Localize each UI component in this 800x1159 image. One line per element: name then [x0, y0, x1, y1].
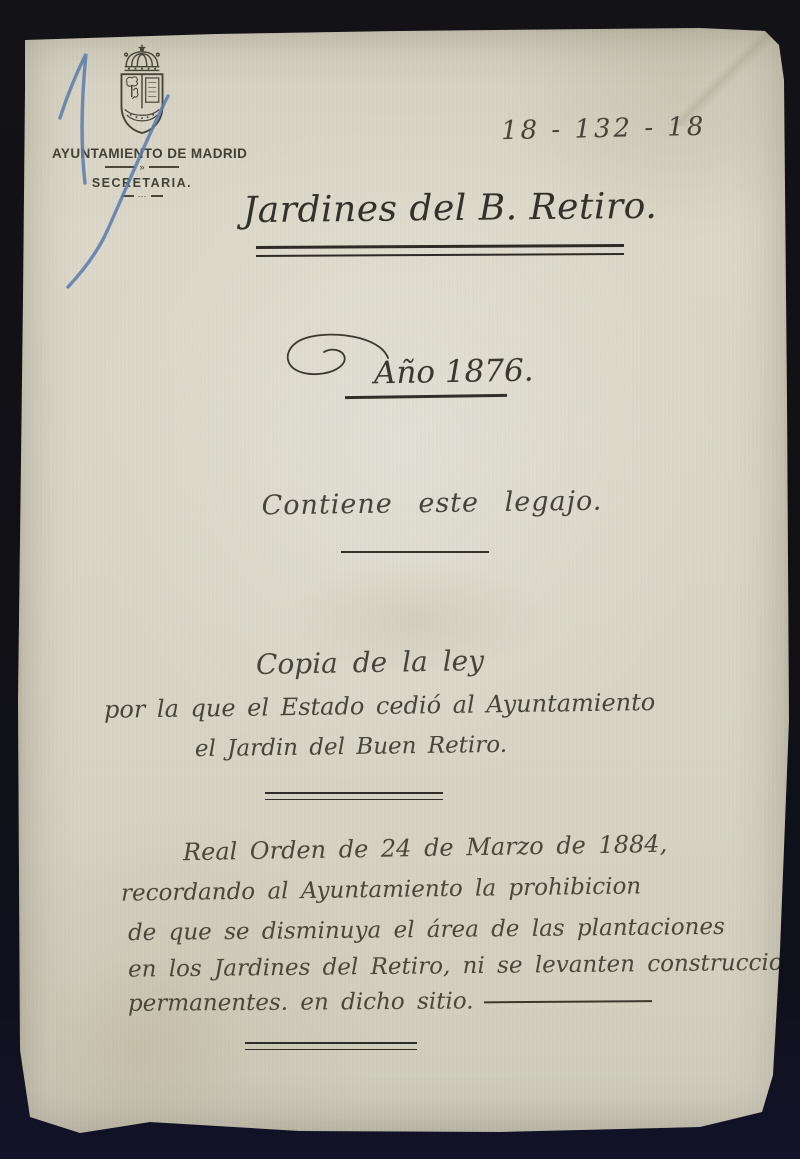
royal-order-line: de que se disminuya el área de las plant… [128, 914, 725, 946]
contents-heading: Contiene este legajo. [246, 485, 618, 521]
law-copy-line: por la que el Estado cedió al Ayuntamien… [104, 688, 644, 724]
end-divider [245, 1042, 417, 1050]
royal-order-line-text: permanentes. en dicho sitio. [128, 988, 474, 1016]
royal-order-line: Real Orden de 24 de Marzo de 1884, [183, 830, 668, 866]
section-divider [265, 792, 443, 800]
document-title: Jardines del B. Retiro. [230, 186, 670, 232]
law-copy-line: el Jardin del Buen Retiro. [151, 731, 551, 763]
closing-rule [484, 1000, 652, 1003]
blue-pencil-index-mark [46, 39, 216, 319]
document-year: Año 1876. [374, 353, 534, 392]
year-underline [345, 394, 507, 399]
document-page: AYUNTAMIENTO DE MADRID » SECRETARIA. ···… [16, 24, 792, 1138]
contents-underline [341, 551, 489, 553]
title-underline [256, 244, 624, 257]
photo-backdrop: AYUNTAMIENTO DE MADRID » SECRETARIA. ···… [0, 0, 800, 1159]
archive-reference-number: 18 - 132 - 18 [501, 112, 707, 146]
paper-crease [656, 16, 800, 126]
royal-order-line: permanentes. en dicho sitio. [128, 987, 652, 1017]
law-copy-line: Copia de la ley [170, 643, 571, 683]
royal-order-line: recordando al Ayuntamiento la prohibicio… [121, 873, 641, 906]
